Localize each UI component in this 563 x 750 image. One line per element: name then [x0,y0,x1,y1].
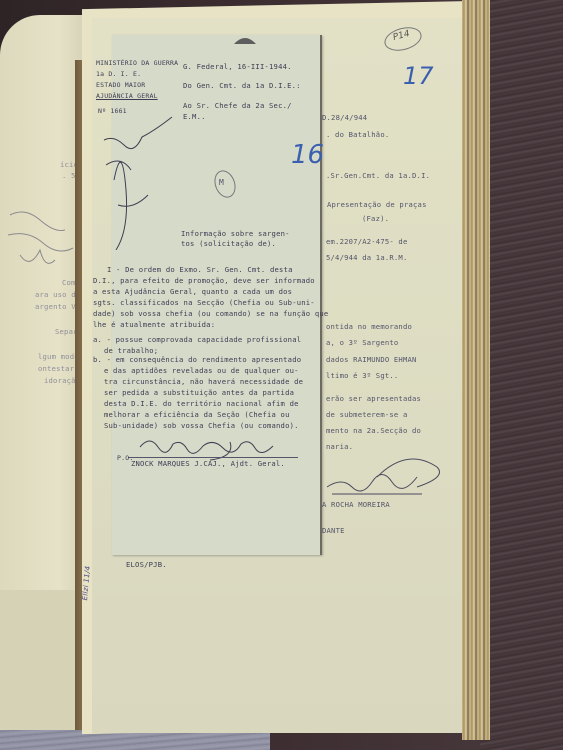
memo-reference: ELOS/PJB. [126,560,167,571]
underlying-line: dados RAIMUNDO EHMAN [326,355,417,366]
letterhead-line: ESTADO MAIOR [96,80,145,91]
underlying-line: ontida no memorando [326,322,412,333]
memo-body-line: sgts. classificados na Secção (Chefia ou… [93,298,315,309]
memo-item-b-line: b. - em consequência do rendimento apres… [93,355,301,366]
memo-body-line: dade) sob vossa chefia (ou comando) se n… [93,309,328,320]
memo-to: Ao Sr. Chefe da 2a Sec./ [183,101,292,112]
crest-icon [232,34,258,44]
memo-to-2: E.M.. [183,112,206,123]
memo-body-line: a esta Ajudância Geral, quanto a cada um… [93,287,292,298]
memo-item-b-line: desta D.I.E. do território nacional afim… [104,399,299,410]
memo-subject-2: tos (solicitação de). [181,239,276,250]
handwritten-page-number-17: 17 [403,62,434,90]
commander-signature [322,452,452,502]
initials-stamp-text: M [219,178,224,189]
underlying-line: 5/4/944 da 1a.R.M. [326,253,408,264]
memo-from: Do Gen. Cmt. da 1a D.I.E.: [183,81,301,92]
underlying-line: mento na 2a.Secção do [326,426,421,437]
handwritten-page-number-16: 16 [291,140,324,170]
memo-body-line: lhe é atualmente atribuída: [93,320,215,331]
letterhead-line: AJUDÂNCIA GERAL [96,91,158,102]
underlying-line: naria. [326,442,353,453]
memo-item-a: a. - possue comprovada capacidade profis… [93,335,301,346]
underlying-line: DANTE [322,526,345,537]
underlying-line: .Sr.Gen.Cmt. da 1a.D.I. [326,171,430,182]
signature-name: ZNOCK MARQUES J.CAJ., Ajdt. Geral. [131,459,285,470]
memo-subject: Informação sobre sargen- [181,229,290,240]
underlying-line: . do Batalhão. [326,130,389,141]
left-page-handwriting [0,195,80,285]
table-fabric [480,0,563,750]
underlying-line: de submeterem-se a [326,410,408,421]
underlying-line: ltimo é 3º Sgt.. [326,371,398,382]
memo-item-b-line: tra circunstância, não haverá necessidad… [104,377,303,388]
memo-item-b-line: melhorar a eficiência da Seção (Chefia o… [104,410,290,421]
memo-item-b-line: Sub-unidade) sob vossa Chefia (ou comand… [104,421,299,432]
underlying-line: erão ser apresentadas [326,394,421,405]
memo-body-line: D.I., para efeito de promoção, deve ser … [93,276,315,287]
underlying-line: em.2207/A2-475- de [326,237,408,248]
signature-line [128,457,298,458]
underlying-line: a, o 3º Sargento [326,338,398,349]
memo-item-b-line: ser pedida a substituição antes da parti… [104,388,294,399]
memo-handwritten-annotation [96,110,186,250]
underlying-line: A ROCHA MOREIRA [322,500,390,511]
memo-edge [320,35,322,555]
memo-item-b-line: e das aptidões reveladas ou de qualquer … [104,366,299,377]
letterhead-line: 1a D. I. E. [96,69,141,80]
letterhead-line: MINISTÉRIO DA GUERRA [96,58,178,69]
underlying-line: (Faz). [362,214,389,225]
memo-place-date: G. Federal, 16-III-1944. [183,62,292,73]
memo-body-line: I - De ordem do Exmo. Sr. Gen. Cmt. dest… [107,265,293,276]
underlying-line: D.28/4/944 [322,113,367,124]
page-edges [462,0,490,740]
underlying-line: Apresentação de praças [327,200,427,211]
